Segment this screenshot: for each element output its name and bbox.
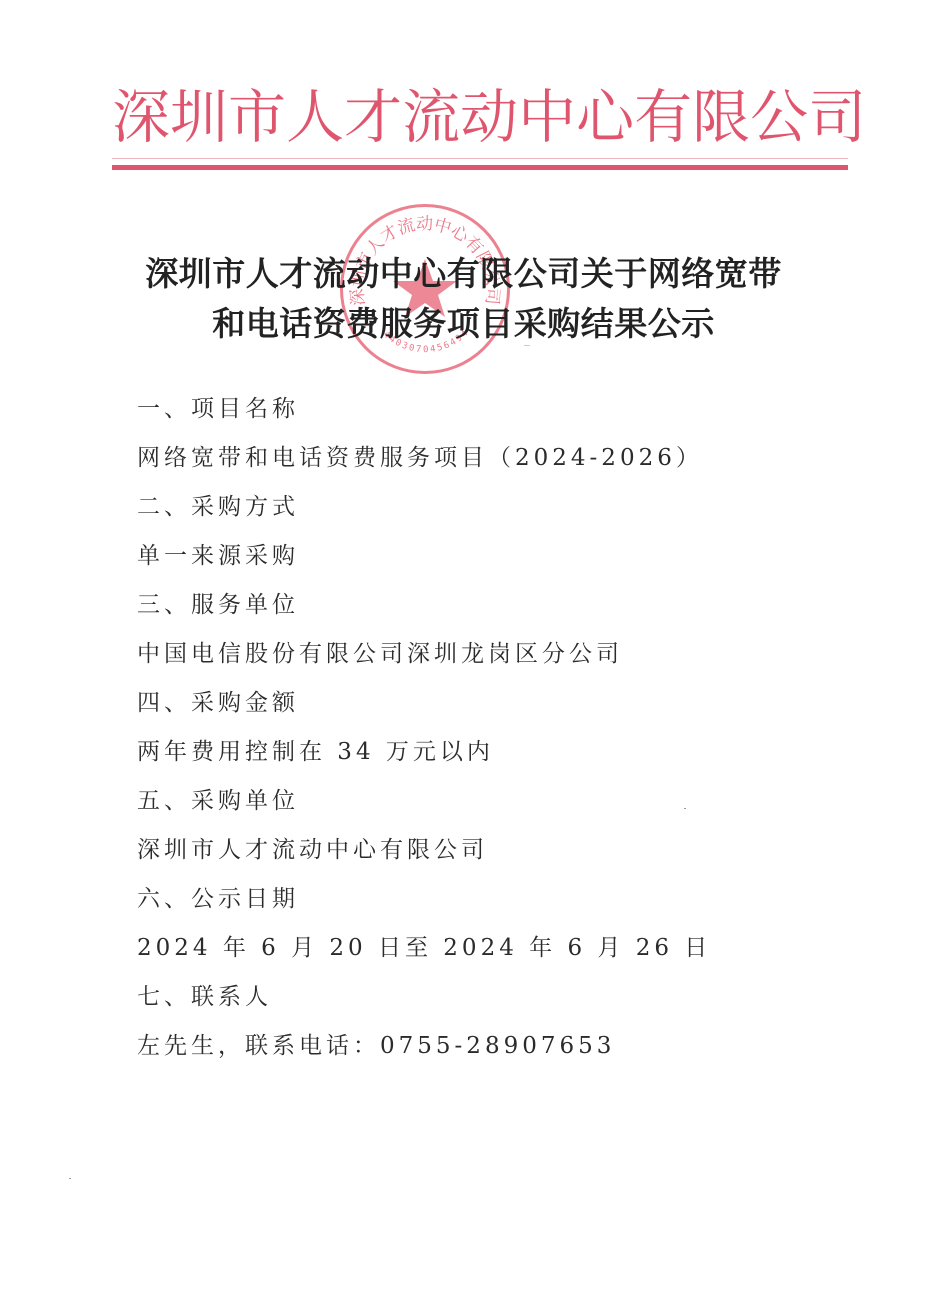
scan-speck bbox=[684, 808, 686, 809]
letterhead-char: 才 bbox=[344, 82, 402, 152]
section-content-purchaser: 深圳市人才流动中心有限公司 bbox=[137, 830, 711, 879]
letterhead-char: 中 bbox=[518, 82, 576, 152]
section-heading-project-name: 一、项目名称 bbox=[137, 389, 711, 438]
letterhead-char: 心 bbox=[576, 82, 634, 152]
letterhead-rule-thin bbox=[112, 158, 848, 159]
letterhead-char: 市 bbox=[228, 82, 286, 152]
section-heading-procurement-amount: 四、采购金额 bbox=[137, 683, 711, 732]
letterhead-char: 深 bbox=[112, 82, 170, 152]
section-content-notice-period: 2024 年 6 月 20 日至 2024 年 6 月 26 日 bbox=[137, 928, 711, 977]
letterhead-char: 公 bbox=[750, 82, 808, 152]
section-heading-contact: 七、联系人 bbox=[137, 977, 711, 1026]
letterhead-char: 流 bbox=[402, 82, 460, 152]
section-content-procurement-amount: 两年费用控制在 34 万元以内 bbox=[137, 732, 711, 781]
letterhead-char: 有 bbox=[634, 82, 692, 152]
letterhead-char: 司 bbox=[808, 82, 866, 152]
document-title-line-1: 深圳市人才流动中心有限公司关于网络宽带 bbox=[0, 248, 927, 295]
section-content-contact: 左先生，联系电话：0755-28907653 bbox=[137, 1026, 711, 1075]
document-body: 一、项目名称 网络宽带和电话资费服务项目（2024-2026） 二、采购方式 单… bbox=[137, 389, 711, 1075]
letterhead-char: 限 bbox=[692, 82, 750, 152]
section-heading-notice-period: 六、公示日期 bbox=[137, 879, 711, 928]
letterhead-rule-thick bbox=[112, 165, 848, 170]
scan-speck bbox=[524, 345, 530, 346]
letterhead-char: 人 bbox=[286, 82, 344, 152]
scan-speck bbox=[69, 1178, 71, 1179]
letterhead-company-name: 深圳市人才流动中心有限公司 bbox=[112, 82, 852, 152]
section-heading-procurement-method: 二、采购方式 bbox=[137, 487, 711, 536]
letterhead-char: 动 bbox=[460, 82, 518, 152]
section-heading-purchaser: 五、采购单位 bbox=[137, 781, 711, 830]
section-content-project-name: 网络宽带和电话资费服务项目（2024-2026） bbox=[137, 438, 711, 487]
document-title-line-2: 和电话资费服务项目采购结果公示 bbox=[0, 298, 927, 345]
letterhead-char: 圳 bbox=[170, 82, 228, 152]
section-content-procurement-method: 单一来源采购 bbox=[137, 536, 711, 585]
section-heading-service-provider: 三、服务单位 bbox=[137, 585, 711, 634]
section-content-service-provider: 中国电信股份有限公司深圳龙岗区分公司 bbox=[137, 634, 711, 683]
